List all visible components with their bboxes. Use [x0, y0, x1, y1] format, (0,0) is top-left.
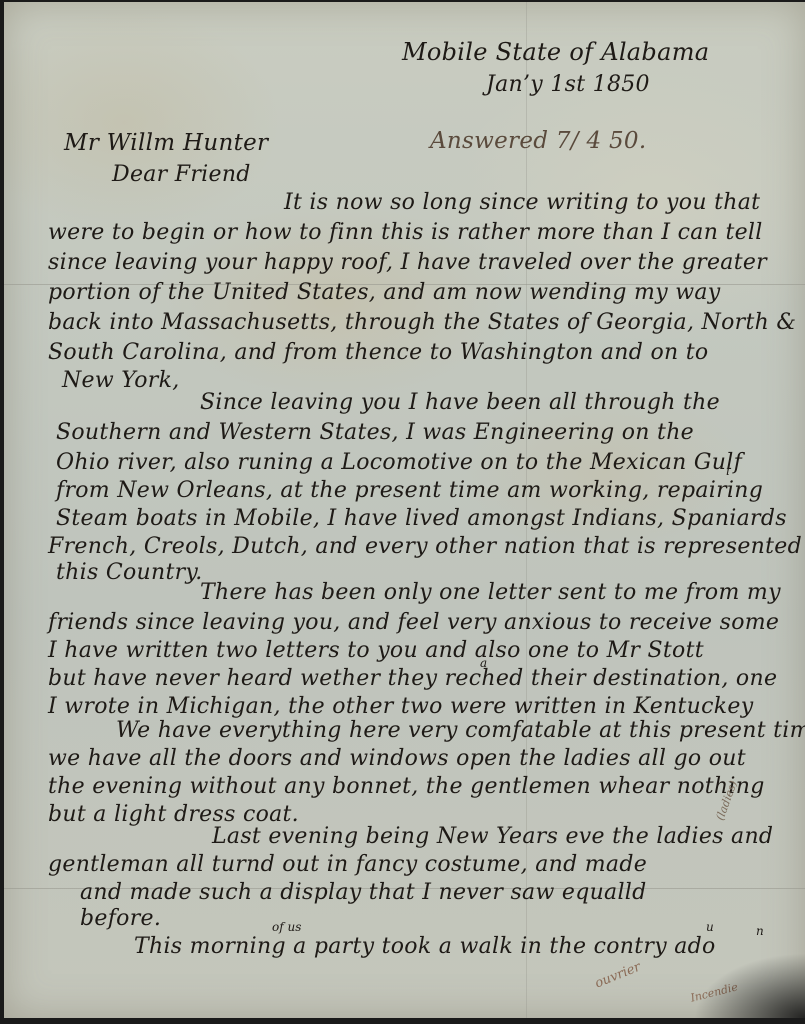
body-line: before. — [80, 906, 161, 931]
body-line: This morning a party took a walk in the … — [134, 934, 716, 959]
body-line: gentleman all turnd out in fancy costume… — [48, 852, 647, 877]
body-line: It is now so long since writing to you t… — [284, 190, 760, 215]
interlinear-insertion: u — [706, 920, 714, 934]
body-line: portion of the United States, and am now… — [48, 280, 721, 305]
body-line: New York, — [62, 368, 180, 393]
body-line: Last evening being New Years eve the lad… — [212, 824, 773, 849]
letter-page: Mobile State of Alabama Jan’y 1st 1850 M… — [4, 2, 805, 1018]
body-line: back into Massachusetts, through the Sta… — [48, 310, 796, 335]
interlinear-insertion: n — [756, 924, 764, 938]
body-line: We have everything here very comfatable … — [116, 718, 805, 743]
interlinear-insertion: of us — [272, 920, 301, 934]
body-line: I have written two letters to you and al… — [48, 638, 704, 663]
body-line: were to begin or how to finn this is rat… — [48, 220, 763, 245]
body-line: from New Orleans, at the present time am… — [56, 478, 763, 503]
body-line: Steam boats in Mobile, I have lived amon… — [56, 506, 787, 531]
body-line: French, Creols, Dutch, and every other n… — [48, 534, 805, 559]
docket-note: Answered 7/ 4 50. — [430, 128, 646, 154]
addressee: Mr Willm Hunter — [64, 130, 268, 156]
body-line: this Country. — [56, 560, 203, 585]
page-corner-shadow — [685, 948, 805, 1018]
salutation: Dear Friend — [112, 162, 251, 187]
body-line: but have never heard wether they reched … — [48, 666, 777, 691]
body-line: and made such a display that I never saw… — [80, 880, 647, 905]
body-line: South Carolina, and from thence to Washi… — [48, 340, 708, 365]
body-line: Ohio river, also runing a Locomotive on … — [56, 450, 742, 475]
body-line: There has been only one letter sent to m… — [200, 580, 781, 605]
body-line: Southern and Western States, I was Engin… — [56, 420, 694, 445]
letter-place: Mobile State of Alabama — [402, 38, 709, 66]
body-line: the evening without any bonnet, the gent… — [48, 774, 765, 799]
body-line: since leaving your happy roof, I have tr… — [48, 250, 767, 275]
pencil-annotation: ouvrier — [593, 960, 643, 992]
body-line: Since leaving you I have been all throug… — [200, 390, 720, 415]
letter-date: Jan’y 1st 1850 — [486, 72, 650, 97]
interlinear-insertion: i — [726, 464, 730, 478]
body-line: I wrote in Michigan, the other two were … — [48, 694, 753, 719]
body-line: friends since leaving you, and feel very… — [48, 610, 779, 635]
body-line: we have all the doors and windows open t… — [48, 746, 746, 771]
